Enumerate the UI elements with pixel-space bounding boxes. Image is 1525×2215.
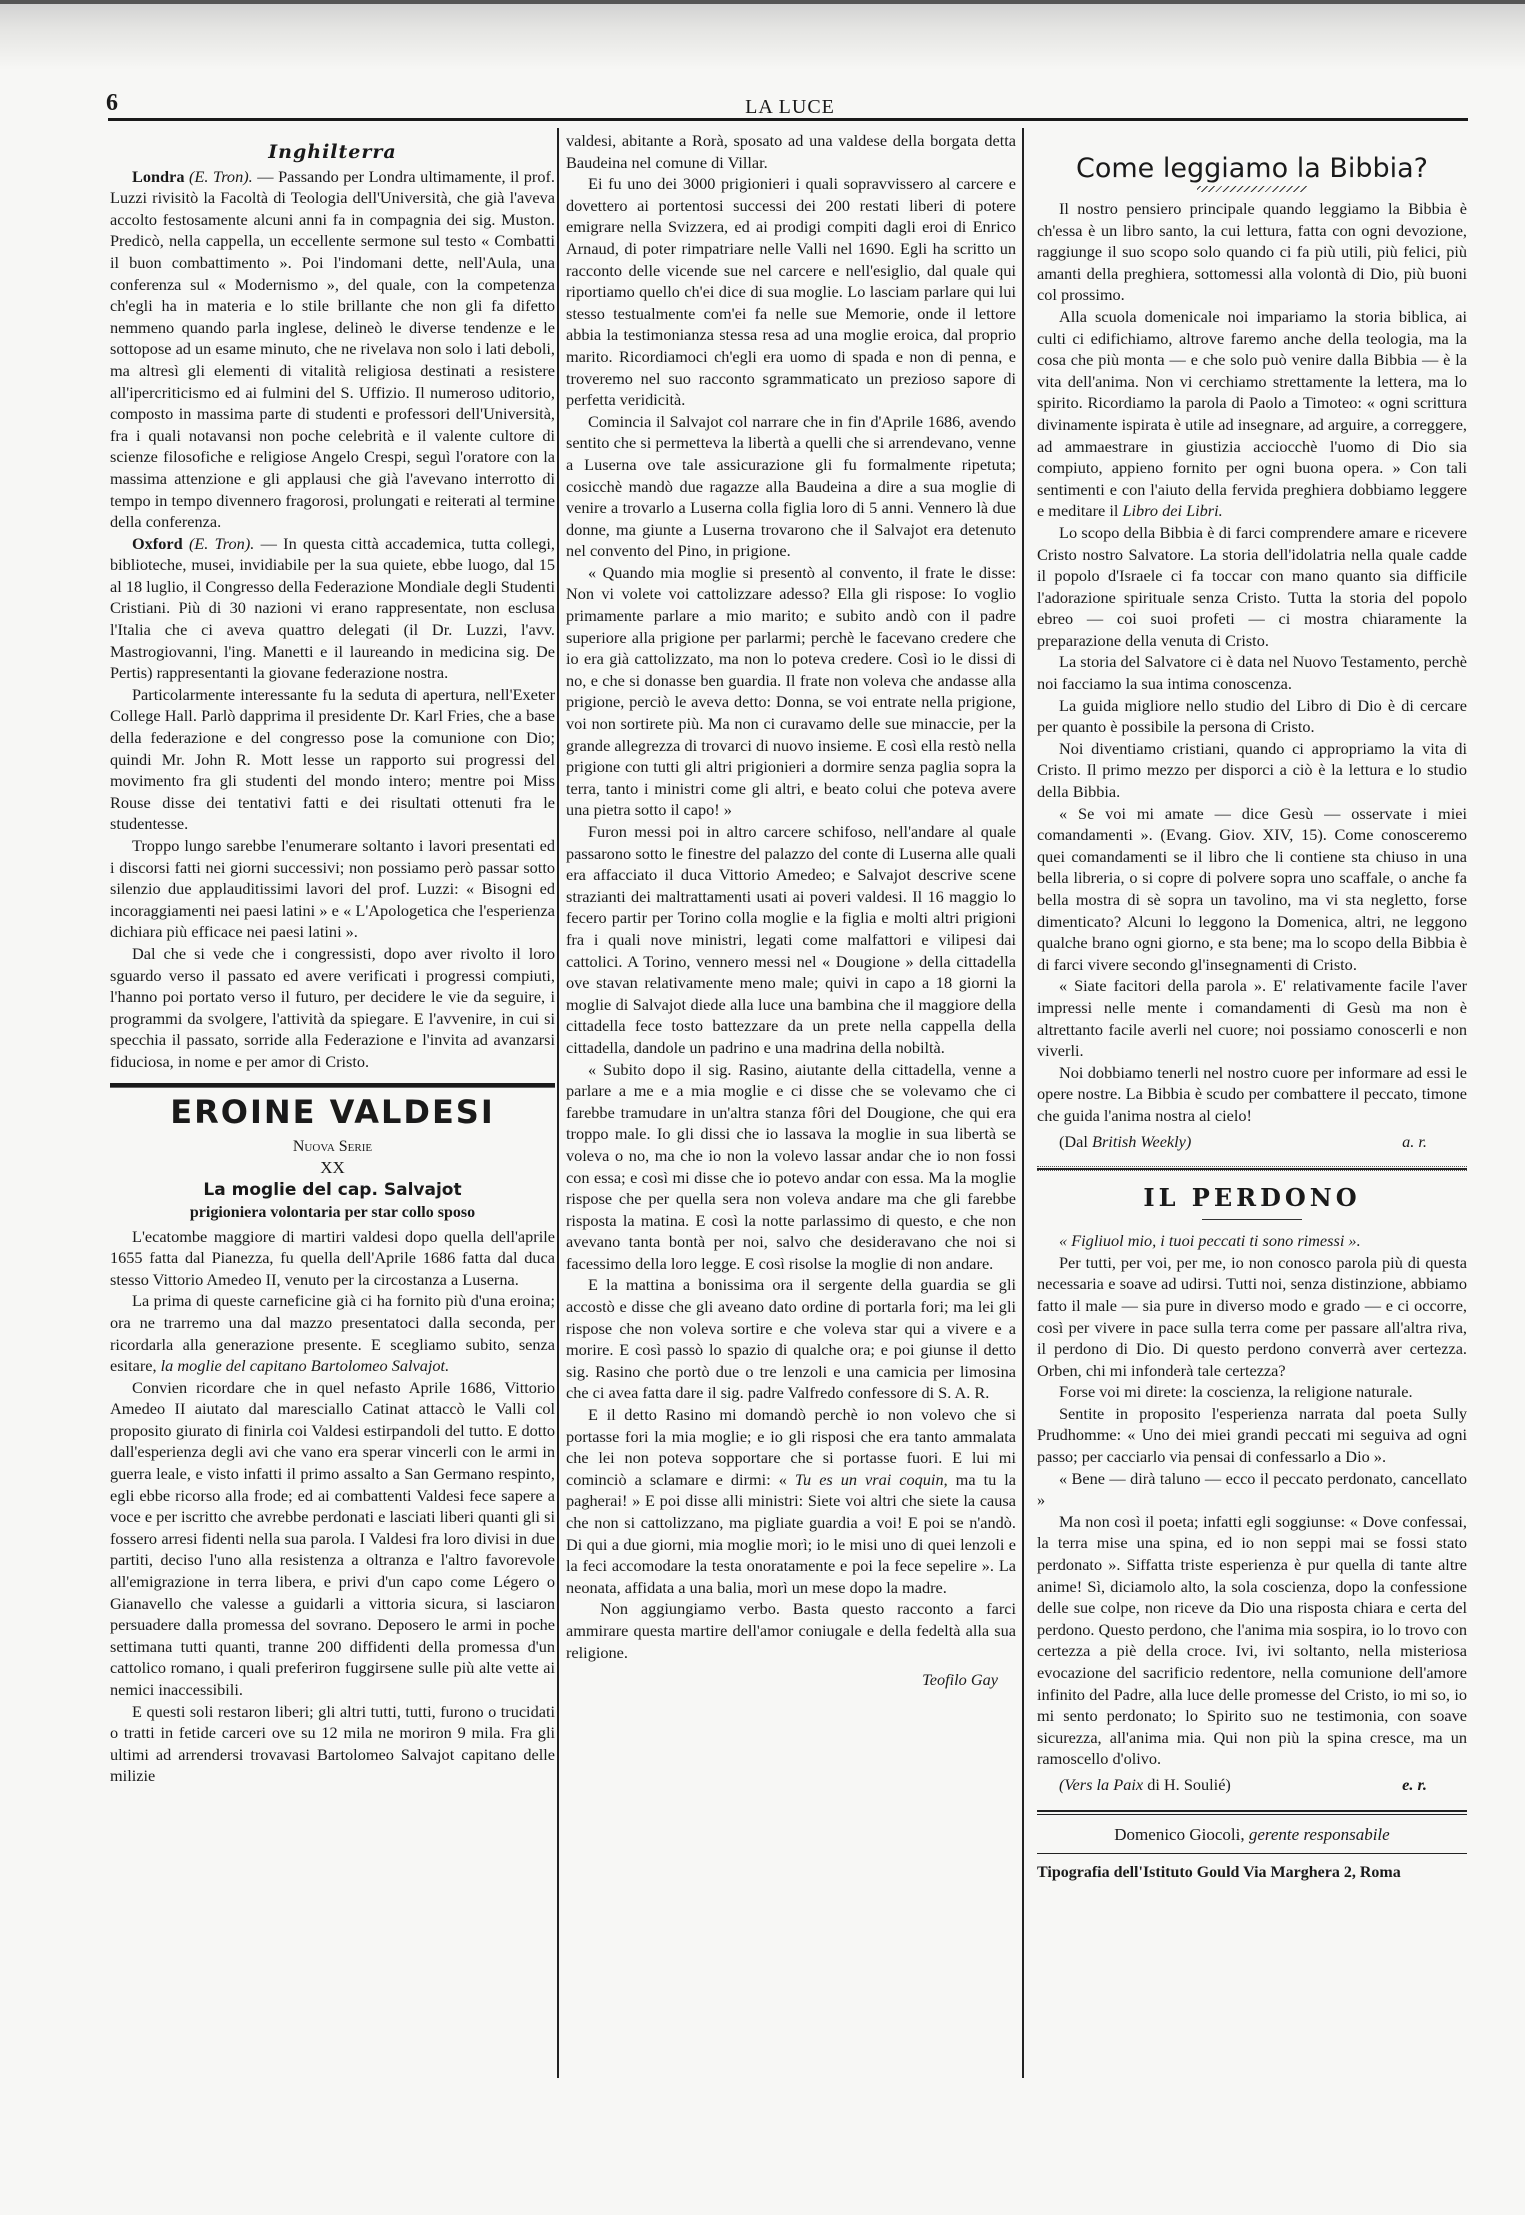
article-title: La moglie del cap. Salvajot: [110, 1178, 555, 1202]
byline-oxford: (E. Tron).: [189, 534, 254, 553]
column-divider-left: [557, 128, 559, 2078]
paragraph: Comincia il Salvajot col narrare che in …: [566, 411, 1016, 562]
ornament-squiggle: [1197, 186, 1307, 192]
source-credit: (Vers la Paix di H. Soulié) e. r.: [1037, 1774, 1467, 1796]
paragraph: Lo scopo della Bibbia è di farci compren…: [1037, 522, 1467, 652]
paragraph: Noi diventiamo cristiani, quando ci appr…: [1037, 738, 1467, 803]
credit-initials: a. r.: [1402, 1131, 1427, 1153]
article-inghilterra: Inghilterra Londra (E. Tron). — Passando…: [110, 142, 555, 1073]
section-heading-perdono: IL PERDONO: [1037, 1183, 1467, 1213]
section-heading-bibbia: Come leggiamo la Bibbia?: [1037, 152, 1467, 186]
paragraph: Ei fu uno dei 3000 prigionieri i quali s…: [566, 173, 1016, 411]
paragraph-text: — Passando per Londra ultimamente, il pr…: [110, 167, 555, 532]
column-middle: valdesi, abitante a Rorà, sposato ad una…: [566, 130, 1016, 1691]
emphasis: Tu es un vrai coquin: [795, 1470, 944, 1489]
paragraph: « Bene — dirà taluno — ecco il peccato p…: [1037, 1468, 1467, 1511]
dateline-londra: Londra: [132, 167, 184, 186]
paragraph: Per tutti, per voi, per me, io non conos…: [1037, 1252, 1467, 1382]
series-label: Nuova Serie: [110, 1136, 555, 1158]
paragraph: L'ecatombe maggiore di martiri valdesi d…: [110, 1226, 555, 1291]
emphasis: la moglie del capitano Bartolomeo Salvaj…: [161, 1356, 450, 1375]
scan-edge: [0, 0, 1525, 70]
editor-name: Domenico Giocoli,: [1114, 1825, 1244, 1844]
paragraph: « Se voi mi amate — dice Gesù — osservat…: [1037, 803, 1467, 976]
section-divider: [1037, 1166, 1467, 1171]
credit-publication: British Weekly): [1092, 1132, 1191, 1151]
dateline-oxford: Oxford: [132, 534, 183, 553]
masthead: LA LUCE: [560, 96, 1020, 119]
paragraph: La storia del Salvatore ci è data nel Nu…: [1037, 651, 1467, 694]
column-left: Inghilterra Londra (E. Tron). — Passando…: [110, 130, 555, 1787]
paragraph: Troppo lungo sarebbe l'enumerare soltant…: [110, 835, 555, 943]
section-heading-eroine: EROINE VALDESI: [110, 1094, 555, 1130]
quoted-paragraph: « Quando mia moglie si presentò al conve…: [566, 562, 1016, 821]
paragraph: La guida migliore nello studio del Libro…: [1037, 695, 1467, 738]
paragraph: Ma non così il poeta; infatti egli soggi…: [1037, 1511, 1467, 1770]
epigraph: « Figliuol mio, i tuoi peccati ti sono r…: [1037, 1230, 1467, 1252]
section-heading-inghilterra: Inghilterra: [110, 142, 555, 164]
series-number: XX: [110, 1158, 555, 1178]
paragraph: « Siate facitori della parola ». E' rela…: [1037, 975, 1467, 1061]
credit-initials: e. r.: [1402, 1774, 1427, 1796]
paragraph: E la mattina a bonissima ora il sergente…: [566, 1274, 1016, 1404]
paragraph: La prima di queste carneficine già ci ha…: [110, 1290, 555, 1376]
footer-rule: [1037, 1853, 1467, 1854]
paragraph: Furon messi poi in altro carcere schifos…: [566, 821, 1016, 1059]
credit-source: (Vers la Paix di H. Soulié): [1059, 1774, 1231, 1796]
paragraph-londra: Londra (E. Tron). — Passando per Londra …: [110, 166, 555, 533]
article-il-perdono: IL PERDONO « Figliuol mio, i tuoi peccat…: [1037, 1183, 1467, 1795]
credit-prefix: (Dal: [1059, 1132, 1088, 1151]
column-divider-right: [1022, 128, 1024, 2078]
source-credit: (Dal British Weekly) a. r.: [1037, 1131, 1467, 1153]
paragraph: Non aggiungiamo verbo. Basta questo racc…: [566, 1598, 1016, 1663]
paragraph-continued: valdesi, abitante a Rorà, sposato ad una…: [566, 130, 1016, 173]
quoted-paragraph: « Subito dopo il sig. Rasino, aiutante d…: [566, 1059, 1016, 1275]
paragraph: E questi soli restaron liberi; gli altri…: [110, 1701, 555, 1787]
section-divider: [110, 1083, 555, 1088]
credit-publication: (Vers la Paix: [1059, 1775, 1143, 1794]
article-eroine-valdesi: EROINE VALDESI Nuova Serie XX La moglie …: [110, 1094, 555, 1787]
footer-divider: [1037, 1810, 1467, 1815]
article-subtitle: prigioniera volontaria per star collo sp…: [110, 1202, 555, 1224]
paragraph: Alla scuola domenicale noi impariamo la …: [1037, 306, 1467, 522]
paragraph: Convien ricordare che in quel nefasto Ap…: [110, 1377, 555, 1701]
article-come-leggiamo: Come leggiamo la Bibbia? Il nostro pensi…: [1037, 152, 1467, 1152]
paragraph: E il detto Rasino mi domandò perchè io n…: [566, 1404, 1016, 1598]
paragraph-text: Alla scuola domenicale noi impariamo la …: [1037, 307, 1467, 520]
responsible-editor: Domenico Giocoli, gerente responsabile: [1037, 1823, 1467, 1847]
credit-source: (Dal British Weekly): [1059, 1131, 1191, 1153]
paragraph: Dal che si vede che i congressisti, dopo…: [110, 943, 555, 1073]
paragraph-text: — In questa città accademica, tutta coll…: [110, 534, 555, 683]
page-number: 6: [106, 90, 118, 117]
header-rule: [108, 118, 1468, 121]
paragraph: Il nostro pensiero principale quando leg…: [1037, 198, 1467, 306]
paragraph-oxford: Oxford (E. Tron). — In questa città acca…: [110, 533, 555, 684]
printer-imprint: Tipografia dell'Istituto Gould Via Margh…: [1037, 1862, 1467, 1884]
paragraph: Noi dobbiamo tenerli nel nostro cuore pe…: [1037, 1062, 1467, 1127]
credit-author: di H. Soulié): [1147, 1775, 1231, 1794]
author-signature: Teofilo Gay: [566, 1669, 1016, 1691]
paragraph: Forse voi mi direte: la coscienza, la re…: [1037, 1381, 1467, 1403]
paragraph: Sentite in proposito l'esperienza narrat…: [1037, 1403, 1467, 1468]
emphasis: Libro dei Libri.: [1122, 501, 1222, 520]
editor-role: gerente responsabile: [1249, 1825, 1390, 1844]
column-right: Come leggiamo la Bibbia? Il nostro pensi…: [1037, 140, 1467, 1884]
byline-londra: (E. Tron).: [189, 167, 253, 186]
paragraph: Particolarmente interessante fu la sedut…: [110, 684, 555, 835]
heading-underline: [1202, 1219, 1302, 1220]
